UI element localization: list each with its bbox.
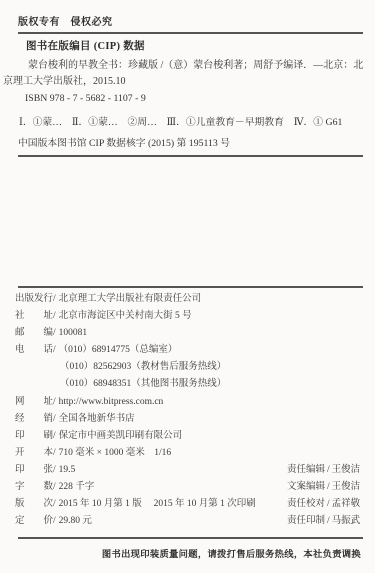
row-value: 北京理工大学出版社有限责任公司	[59, 294, 202, 304]
row-value: 2015 年 10 月第 1 版 2015 年 10 月第 1 次印刷	[59, 499, 256, 509]
label-value-separator: /	[53, 294, 56, 304]
row-label: 经 销	[15, 411, 52, 428]
row-label: 印 刷	[15, 428, 52, 445]
credit-row-print-supervisor: 责任印制/马振武	[287, 513, 360, 530]
credit-label: 责任校对	[287, 499, 325, 509]
row-value: 228 千字	[59, 482, 95, 492]
credit-row-copy-editor: 文案编辑/王俊洁	[287, 479, 360, 496]
label-value-separator: /	[327, 499, 330, 509]
staff-credits: 责任编辑/王俊洁 文案编辑/王俊洁 责任校对/孟祥敬 责任印制/马振武	[287, 462, 360, 530]
label-value-separator: /	[53, 516, 56, 526]
credit-label: 责任印制	[287, 516, 325, 526]
table-row-sheets: 印 张/19.5	[15, 462, 256, 479]
row-label: 社 址	[15, 308, 52, 325]
row-label: 邮 编	[15, 325, 52, 342]
quality-service-note: 图书出现印装质量问题，请拨打售后服务热线，本社负责调换	[102, 546, 361, 560]
label-value-separator: /	[53, 499, 56, 509]
label-value-separator: /	[327, 465, 330, 475]
table-row-publisher: 出版发行/北京理工大学出版社有限责任公司	[15, 291, 256, 308]
credit-row-editor: 责任编辑/王俊洁	[287, 462, 360, 479]
cip-description: 蒙台梭利的早教全书：珍藏版 /（意）蒙台梭利著；周舒予编译．—北京：北京理工大学…	[3, 58, 371, 90]
row-label: 开 本	[15, 445, 52, 462]
row-label: 印 张	[15, 462, 52, 479]
row-value: （010）68914775（总编室）	[59, 345, 178, 355]
credit-label: 责任编辑	[287, 465, 325, 475]
isbn-number: ISBN 978 - 7 - 5682 - 1107 - 9	[25, 93, 146, 104]
label-value-separator: /	[53, 465, 56, 475]
label-value-separator: /	[53, 431, 56, 441]
table-row-phone-2: （010）82562903（教材售后服务热线）	[15, 359, 256, 376]
copyright-page: 版权专有 侵权必究 图书在版编目 (CIP) 数据 蒙台梭利的早教全书：珍藏版 …	[0, 0, 375, 573]
website-url: http://www.bitpress.com.cn	[59, 397, 164, 407]
table-row-price: 定 价/29.80 元	[15, 513, 256, 530]
cip-classification: Ⅰ．①蒙… Ⅱ．①蒙… ②周… Ⅲ．①儿童教育－早期教育 Ⅳ．① G61	[19, 114, 342, 128]
label-value-separator: /	[53, 448, 56, 458]
credit-name: 马振武	[332, 516, 361, 526]
row-value: （010）82562903（教材售后服务热线）	[60, 362, 226, 372]
horizontal-rule-top	[18, 32, 363, 34]
label-value-separator: /	[53, 345, 56, 355]
credit-name: 王俊洁	[332, 482, 361, 492]
copyright-notice: 版权专有 侵权必究	[18, 13, 113, 28]
table-row-address: 社 址/北京市海淀区中关村南大街 5 号	[15, 308, 256, 325]
row-value: 北京市海淀区中关村南大街 5 号	[59, 311, 192, 321]
publication-info-table: 出版发行/北京理工大学出版社有限责任公司 社 址/北京市海淀区中关村南大街 5 …	[15, 291, 256, 530]
row-label: 出版发行	[15, 291, 52, 308]
table-row-edition: 版 次/2015 年 10 月第 1 版 2015 年 10 月第 1 次印刷	[15, 496, 256, 513]
table-row-format: 开 本/710 毫米 × 1000 毫米 1/16	[15, 445, 256, 462]
table-row-phone-3: （010）68948351（其他图书服务热线）	[15, 376, 256, 393]
credit-name: 孟祥敬	[332, 499, 361, 509]
label-value-separator: /	[53, 397, 56, 407]
table-row-postcode: 邮 编/100081	[15, 325, 256, 342]
row-label: 字 数	[15, 479, 52, 496]
table-row-distribution: 经 销/全国各地新华书店	[15, 411, 256, 428]
row-label: 网 址	[15, 394, 52, 411]
row-value: 100081	[59, 328, 88, 338]
table-row-phone: 电 话/（010）68914775（总编室）	[15, 342, 256, 359]
table-row-wordcount: 字 数/228 千字	[15, 479, 256, 496]
label-value-separator: /	[53, 414, 56, 424]
horizontal-rule-bottom	[18, 537, 363, 539]
credit-name: 王俊洁	[332, 465, 361, 475]
label-value-separator: /	[327, 482, 330, 492]
row-label: 版 次	[15, 496, 52, 513]
horizontal-rule-cip-bottom	[18, 155, 363, 157]
label-value-separator: /	[53, 328, 56, 338]
table-row-website: 网 址/http://www.bitpress.com.cn	[15, 394, 256, 411]
row-label: 定 价	[15, 513, 52, 530]
cip-record-number: 中国版本图书馆 CIP 数据核字 (2015) 第 195113 号	[18, 135, 230, 149]
credit-row-proofreader: 责任校对/孟祥敬	[287, 496, 360, 513]
label-value-separator: /	[53, 482, 56, 492]
horizontal-rule-colophon-top	[18, 286, 363, 288]
row-value: 全国各地新华书店	[59, 414, 135, 424]
label-value-separator: /	[327, 516, 330, 526]
row-value: 710 毫米 × 1000 毫米 1/16	[59, 448, 172, 458]
row-value: 19.5	[59, 465, 76, 475]
row-value: 保定市中画美凯印刷有限公司	[59, 431, 183, 441]
row-label: 电 话	[15, 342, 52, 359]
row-value: 29.80 元	[59, 516, 92, 526]
label-value-separator: /	[53, 311, 56, 321]
cip-heading: 图书在版编目 (CIP) 数据	[26, 38, 145, 53]
table-row-printer: 印 刷/保定市中画美凯印刷有限公司	[15, 428, 256, 445]
credit-label: 文案编辑	[287, 482, 325, 492]
row-value: （010）68948351（其他图书服务热线）	[60, 379, 226, 389]
